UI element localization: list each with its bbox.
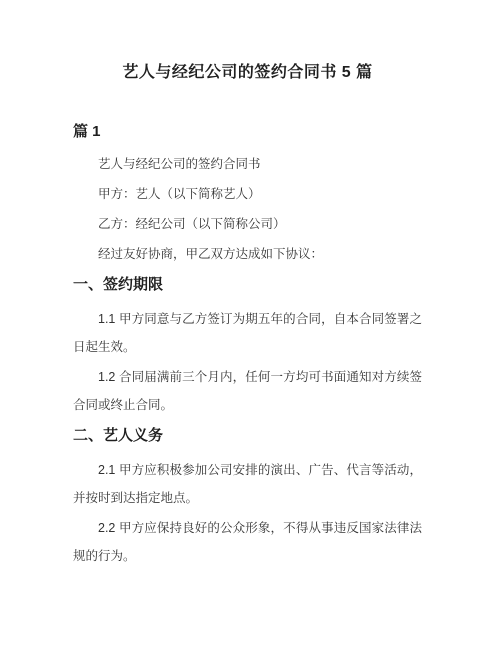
section-heading: 篇 1 (73, 122, 422, 142)
paragraph: 艺人与经纪公司的签约合同书 (73, 150, 422, 178)
paragraph: 2.1 甲方应积极参加公司安排的演出、广告、代言等活动，并按时到达指定地点。 (73, 456, 422, 512)
paragraph: 经过友好协商，甲乙双方达成如下协议： (73, 240, 422, 268)
paragraph: 1.1 甲方同意与乙方签订为期五年的合同，自本合同签署之日起生效。 (73, 305, 422, 361)
paragraph: 1.2 合同届满前三个月内，任何一方均可书面通知对方续签合同或终止合同。 (73, 363, 422, 419)
document-title: 艺人与经纪公司的签约合同书 5 篇 (73, 62, 422, 84)
section-heading: 一、签约期限 (73, 275, 422, 295)
document-body: 篇 1艺人与经纪公司的签约合同书甲方：艺人（以下简称艺人）乙方：经纪公司（以下简… (73, 122, 422, 570)
paragraph: 乙方：经纪公司（以下简称公司） (73, 210, 422, 238)
document-page: 艺人与经纪公司的签约合同书 5 篇 篇 1艺人与经纪公司的签约合同书甲方：艺人（… (0, 0, 502, 649)
paragraph: 2.2 甲方应保持良好的公众形象，不得从事违反国家法律法规的行为。 (73, 514, 422, 570)
paragraph: 甲方：艺人（以下简称艺人） (73, 180, 422, 208)
section-heading: 二、艺人义务 (73, 426, 422, 446)
